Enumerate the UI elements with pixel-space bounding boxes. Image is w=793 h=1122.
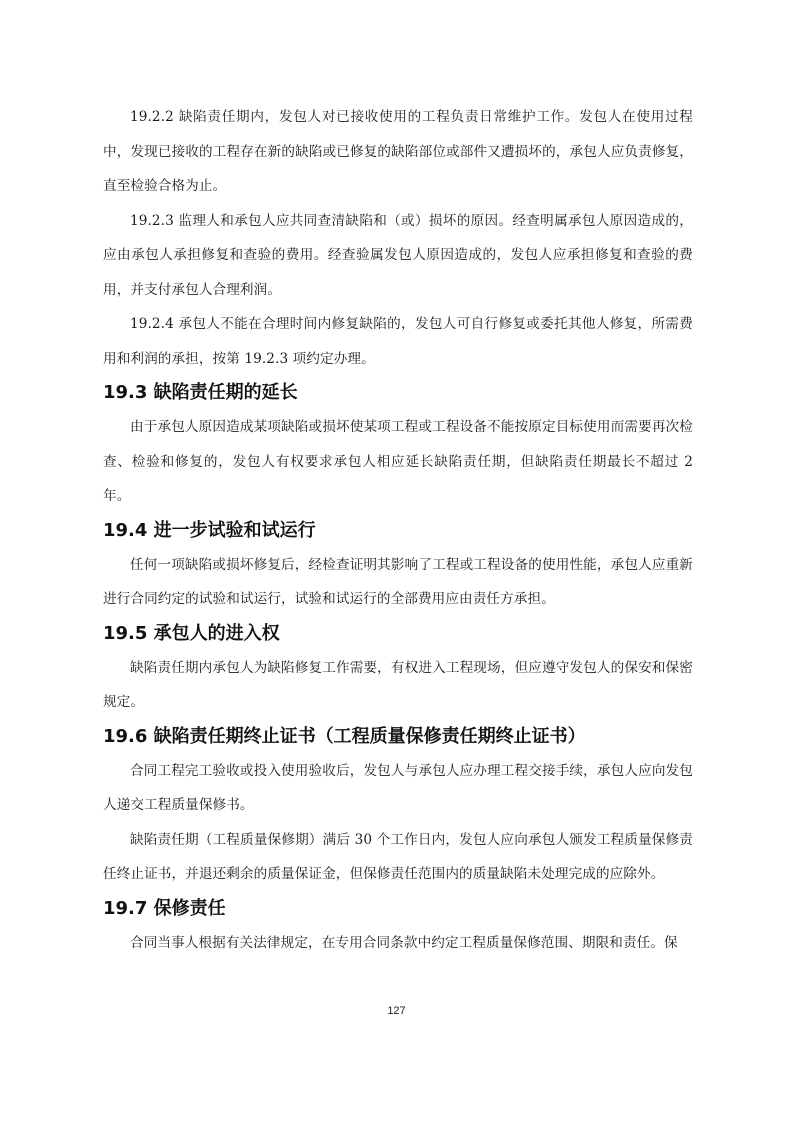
section-heading-19-6: 19.6 缺陷责任期终止证书（工程质量保修责任期终止证书） — [103, 720, 693, 754]
section-19-6-body-2: 缺陷责任期（工程质量保修期）满后 30 个工作日内，发包人应向承包人颁发工程质量… — [103, 823, 693, 892]
section-19-5-body: 缺陷责任期内承包人为缺陷修复工作需要，有权进入工程现场，但应遵守发包人的保安和保… — [103, 651, 693, 720]
section-19-4-body: 任何一项缺陷或损坏修复后，经检查证明其影响了工程或工程设备的使用性能，承包人应重… — [103, 548, 693, 617]
document-page: 19.2.2 缺陷责任期内，发包人对已接收使用的工程负责日常维护工作。发包人在使… — [103, 100, 693, 960]
section-19-7-body: 合同当事人根据有关法律规定，在专用合同条款中约定工程质量保修范围、期限和责任。保 — [103, 926, 693, 961]
section-heading-19-7: 19.7 保修责任 — [103, 892, 693, 926]
section-19-6-body-1: 合同工程完工验收或投入使用验收后，发包人与承包人应办理工程交接手续，承包人应向发… — [103, 754, 693, 823]
clause-19-2-4: 19.2.4 承包人不能在合理时间内修复缺陷的，发包人可自行修复或委托其他人修复… — [103, 307, 693, 376]
section-19-3-body: 由于承包人原因造成某项缺陷或损坏使某项工程或工程设备不能按原定目标使用而需要再次… — [103, 410, 693, 514]
section-heading-19-3: 19.3 缺陷责任期的延长 — [103, 376, 693, 410]
section-heading-19-5: 19.5 承包人的进入权 — [103, 617, 693, 651]
clause-19-2-3: 19.2.3 监理人和承包人应共同查清缺陷和（或）损坏的原因。经查明属承包人原因… — [103, 204, 693, 308]
page-number: 127 — [0, 1005, 793, 1017]
section-heading-19-4: 19.4 进一步试验和试运行 — [103, 514, 693, 548]
clause-19-2-2: 19.2.2 缺陷责任期内，发包人对已接收使用的工程负责日常维护工作。发包人在使… — [103, 100, 693, 204]
